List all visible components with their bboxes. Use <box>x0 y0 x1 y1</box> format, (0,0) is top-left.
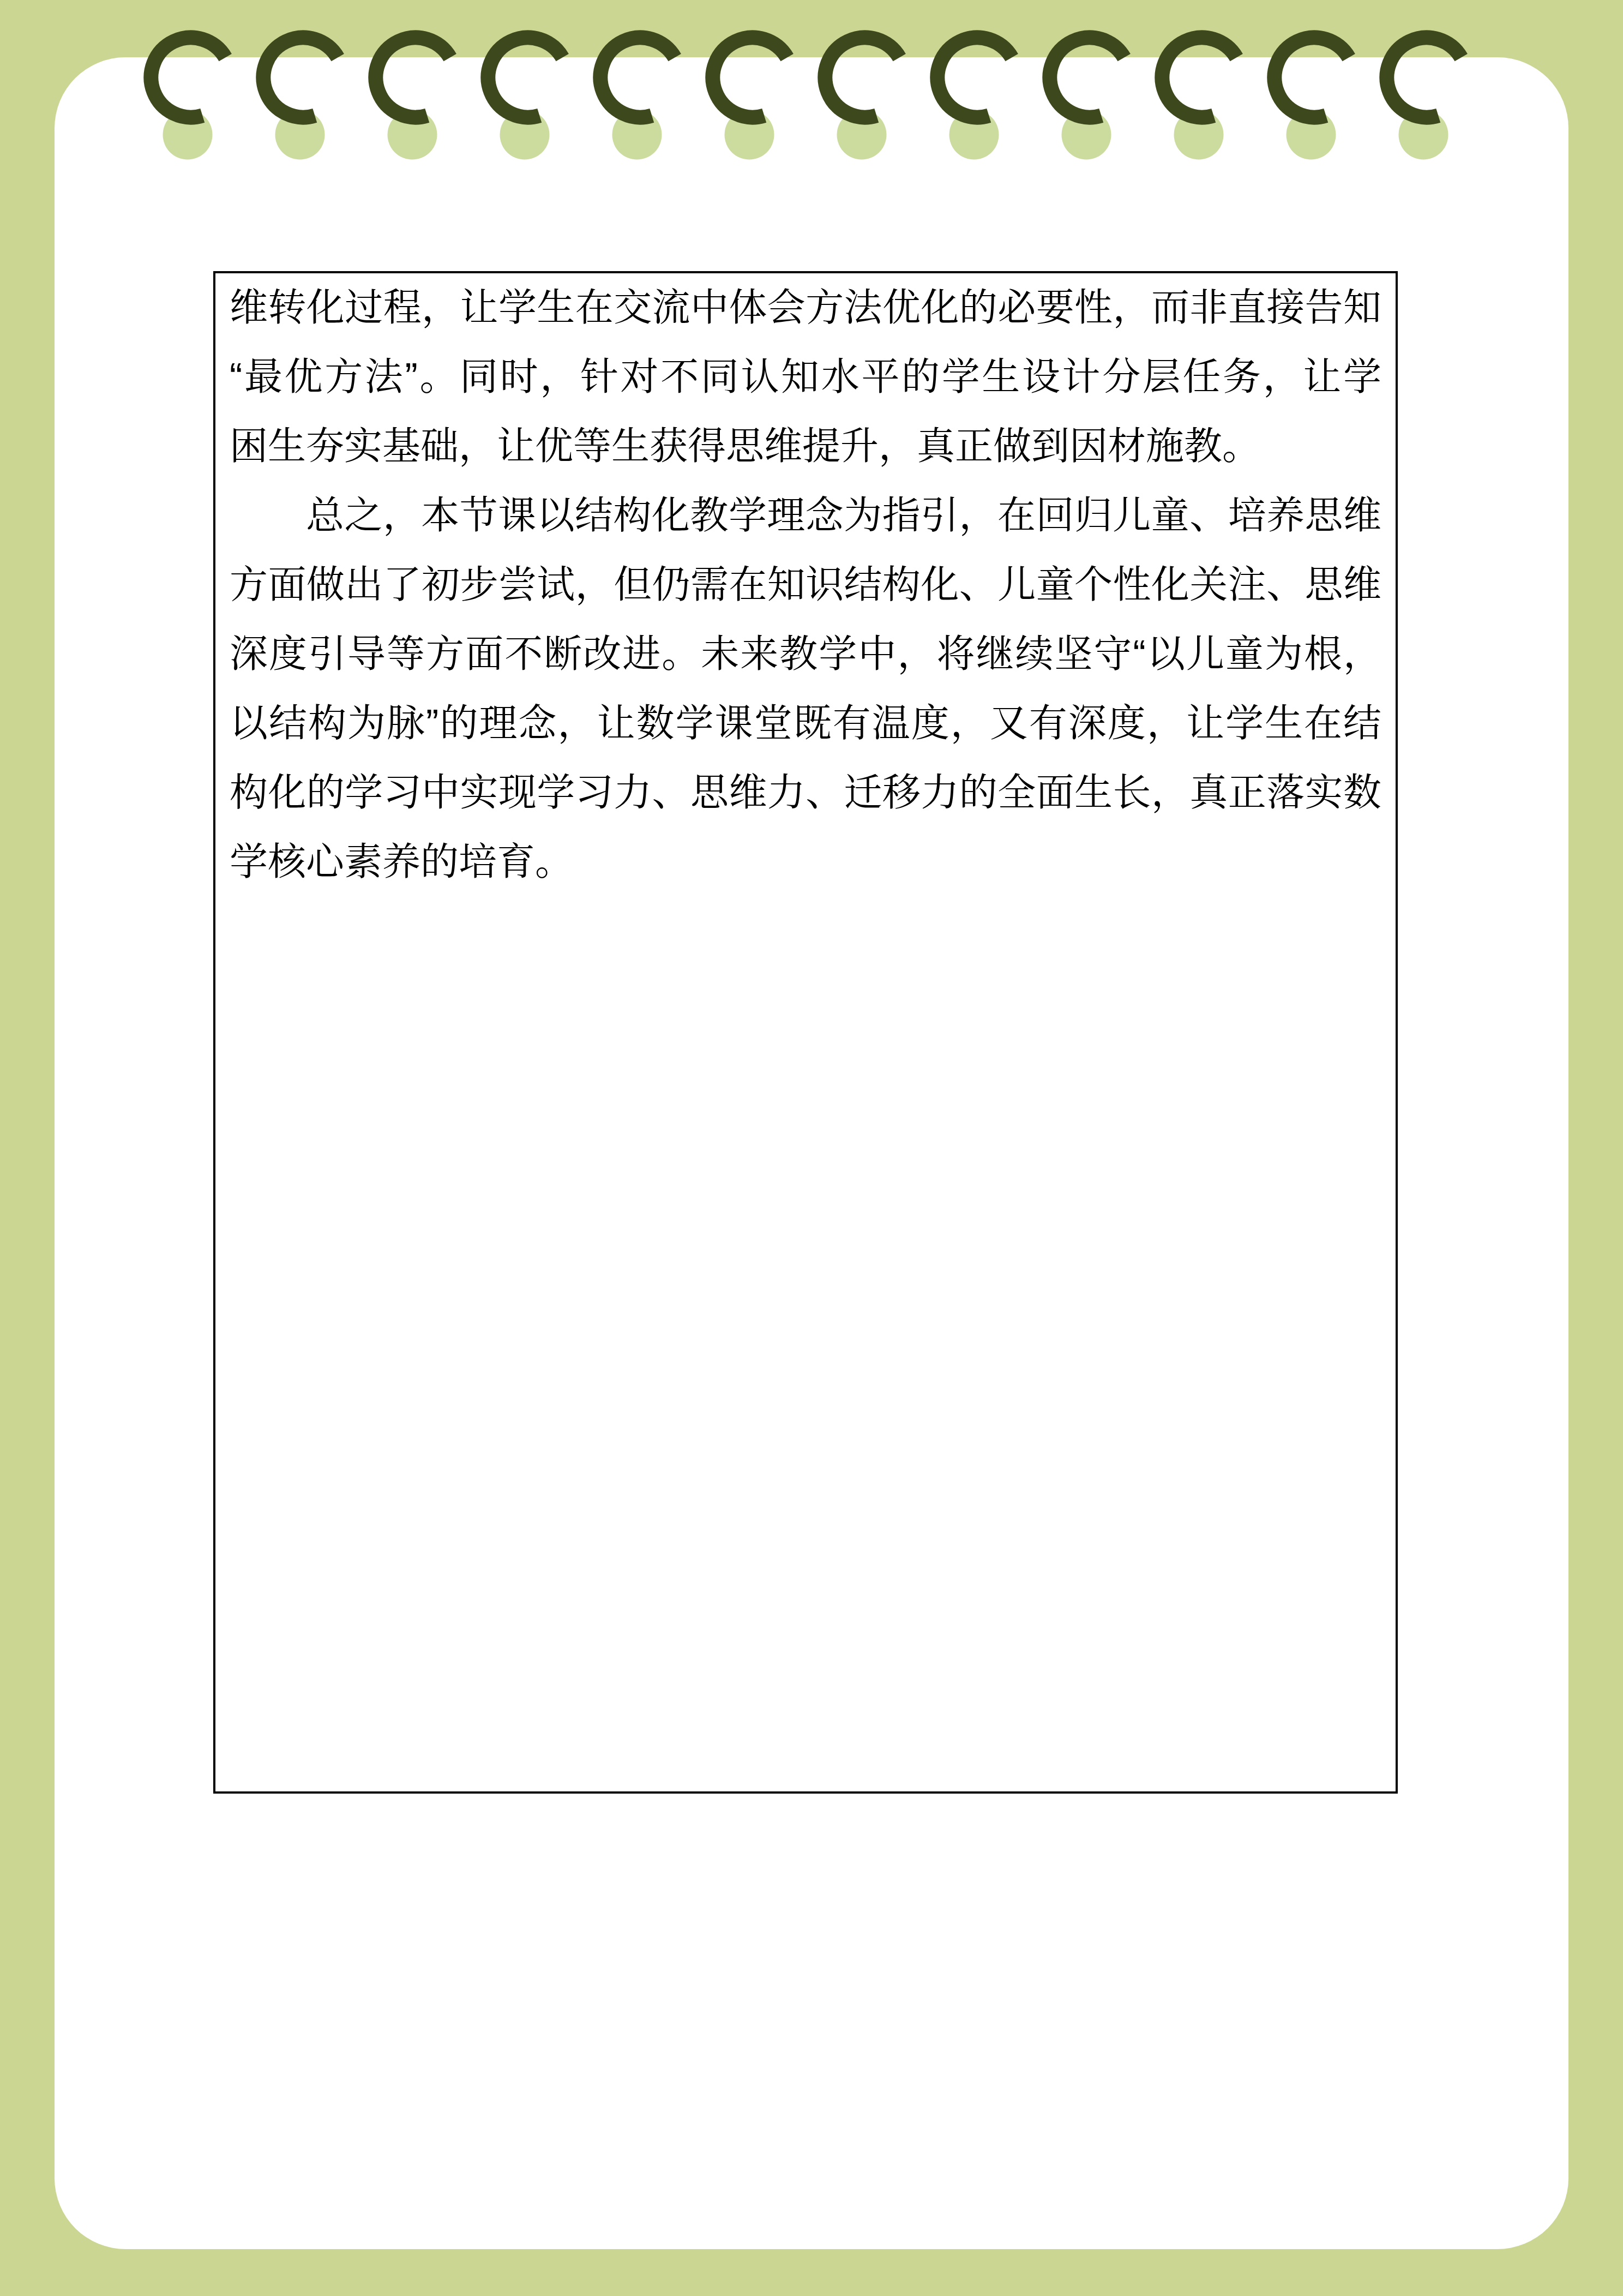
spiral-ring-icon <box>937 38 1012 117</box>
text-line: 总之，本节课以结构化教学理念为指引，在回归儿童、培养思维 <box>230 481 1381 550</box>
text-line: 困生夯实基础，让优等生获得思维提升，真正做到因材施教。 <box>230 412 1381 481</box>
spiral-ring-icon <box>825 38 899 117</box>
reflection-text: 维转化过程，让学生在交流中体会方法优化的必要性，而非直接告知“最优方法”。同时，… <box>215 273 1396 897</box>
text-line: 学核心素养的培育。 <box>230 828 1381 897</box>
spiral-binding <box>0 0 1623 164</box>
spiral-ring-icon <box>600 38 675 117</box>
spiral-ring-icon <box>1275 38 1349 117</box>
spiral-ring-icon <box>1162 38 1236 117</box>
text-line: 方面做出了初步尝试，但仍需在知识结构化、儿童个性化关注、思维 <box>230 550 1381 620</box>
text-line: 构化的学习中实现学习力、思维力、迁移力的全面生长，真正落实数 <box>230 758 1381 828</box>
spiral-ring-icon <box>1050 38 1124 117</box>
text-line: 以结构为脉”的理念，让数学课堂既有温度，又有深度，让学生在结 <box>230 689 1381 758</box>
text-line: 深度引导等方面不断改进。未来教学中，将继续坚守“以儿童为根， <box>230 620 1381 689</box>
text-border-box: 维转化过程，让学生在交流中体会方法优化的必要性，而非直接告知“最优方法”。同时，… <box>213 271 1398 1794</box>
notebook-screenshot-root: { "colors": { "background": "#cbd692", "… <box>0 0 1623 2296</box>
spiral-ring-icon <box>376 38 450 117</box>
spiral-ring-icon <box>713 38 787 117</box>
text-line: 维转化过程，让学生在交流中体会方法优化的必要性，而非直接告知 <box>230 273 1381 343</box>
text-line: “最优方法”。同时，针对不同认知水平的学生设计分层任务，让学 <box>230 343 1381 412</box>
spiral-ring-icon <box>488 38 562 117</box>
spiral-ring-icon <box>263 38 338 117</box>
spiral-ring-icon <box>151 38 225 117</box>
spiral-ring-icon <box>1387 38 1461 117</box>
